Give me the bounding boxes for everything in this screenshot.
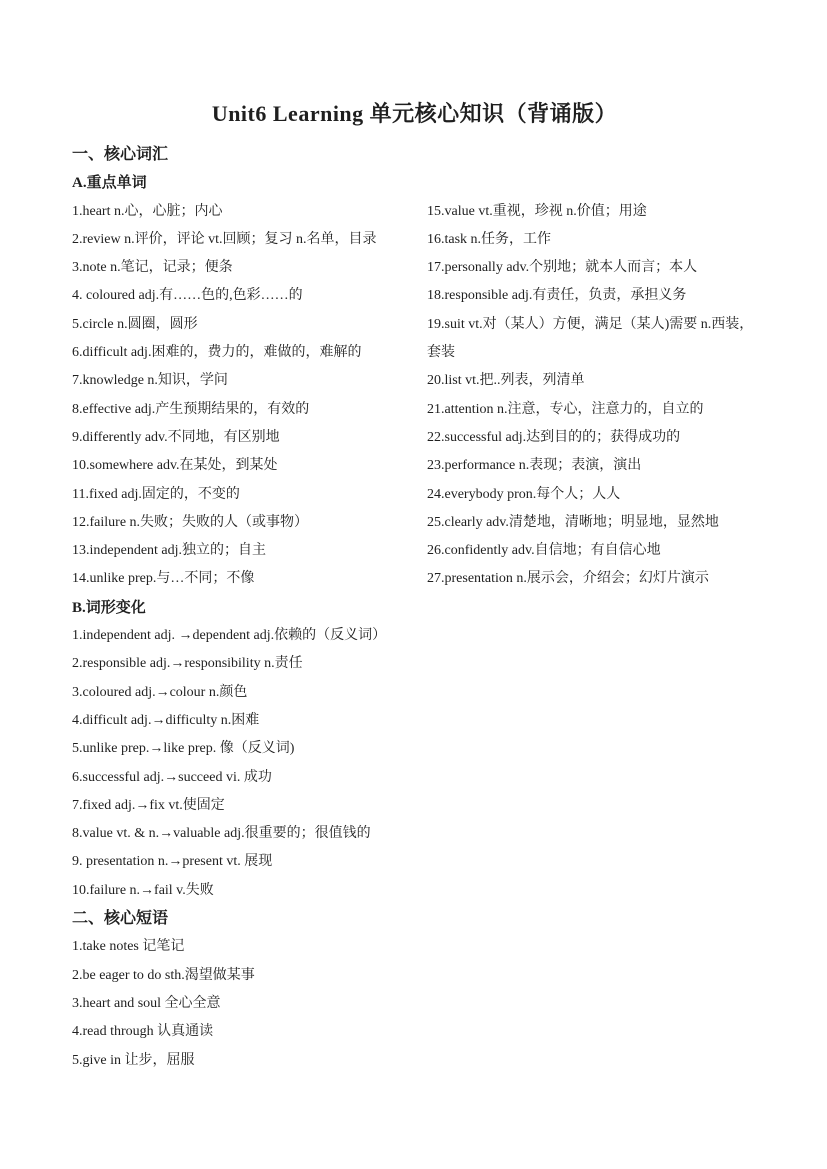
key-words-columns: 1.heart n.心，心脏；内心 2.review n.评价，评论 vt.回顾…: [72, 198, 757, 594]
section-heading-phrases: 二、核心短语: [72, 905, 757, 933]
vocab-item: 4. coloured adj.有……色的,色彩……的: [72, 282, 424, 310]
word-form-item: 4.difficult adj.→difficulty n.困难: [72, 707, 757, 735]
vocab-item: 12.failure n.失败；失败的人（或事物）: [72, 509, 424, 537]
word-form-item: 2.responsible adj.→responsibility n.责任: [72, 650, 757, 678]
section-heading-vocab: 一、核心词汇: [72, 141, 757, 169]
phrase-item: 1.take notes 记笔记: [72, 933, 757, 961]
word-form-item: 7.fixed adj.→fix vt.使固定: [72, 792, 757, 820]
phrase-item: 2.be eager to do sth.渴望做某事: [72, 962, 757, 990]
word-form-item: 3.coloured adj.→colour n.颜色: [72, 679, 757, 707]
word-form-item: 1.independent adj. →dependent adj.依赖的（反义…: [72, 622, 757, 650]
vocab-item: 11.fixed adj.固定的，不变的: [72, 481, 424, 509]
vocab-item: 7.knowledge n.知识，学问: [72, 367, 424, 395]
vocab-item: 10.somewhere adv.在某处，到某处: [72, 452, 424, 480]
word-form-item: 5.unlike prep.→like prep. 像（反义词): [72, 735, 757, 763]
vocab-item: 8.effective adj.产生预期结果的，有效的: [72, 396, 424, 424]
vocab-item: 22.successful adj.达到目的的；获得成功的: [427, 424, 761, 452]
word-form-item: 6.successful adj.→succeed vi. 成功: [72, 764, 757, 792]
vocab-item: 27.presentation n.展示会，介绍会；幻灯片演示: [427, 565, 761, 593]
vocab-item: 17.personally adv.个别地；就本人而言；本人: [427, 254, 761, 282]
heading-word-forms: B.词形变化: [72, 594, 757, 622]
word-form-item: 9. presentation n.→present vt. 展现: [72, 848, 757, 876]
vocab-item: 23.performance n.表现；表演，演出: [427, 452, 761, 480]
vocab-column-left: 1.heart n.心，心脏；内心 2.review n.评价，评论 vt.回顾…: [72, 198, 424, 594]
word-form-item: 8.value vt. & n.→valuable adj.很重要的；很值钱的: [72, 820, 757, 848]
phrase-item: 4.read through 认真通读: [72, 1018, 757, 1046]
vocab-item: 15.value vt.重视，珍视 n.价值；用途: [427, 198, 761, 226]
vocab-item: 26.confidently adv.自信地；有自信心地: [427, 537, 761, 565]
vocab-item: 25.clearly adv.清楚地，清晰地；明显地，显然地: [427, 509, 761, 537]
vocab-column-right: 15.value vt.重视，珍视 n.价值；用途 16.task n.任务，工…: [427, 198, 761, 594]
vocab-item: 6.difficult adj.困难的，费力的，难做的，难解的: [72, 339, 424, 367]
vocab-item: 13.independent adj.独立的；自主: [72, 537, 424, 565]
vocab-item: 3.note n.笔记，记录；便条: [72, 254, 424, 282]
vocab-item: 5.circle n.圆圈，圆形: [72, 311, 424, 339]
vocab-item: 16.task n.任务，工作: [427, 226, 761, 254]
vocab-item: 14.unlike prep.与…不同；不像: [72, 565, 424, 593]
vocab-item: 9.differently adv.不同地，有区别地: [72, 424, 424, 452]
phrases-list: 1.take notes 记笔记 2.be eager to do sth.渴望…: [72, 933, 757, 1074]
vocab-item: 19.suit vt.对（某人）方便，满足（某人)需要 n.西装，套装: [427, 311, 761, 368]
vocab-item: 18.responsible adj.有责任，负责，承担义务: [427, 282, 761, 310]
doc-title: Unit6 Learning 单元核心知识（背诵版）: [72, 100, 757, 127]
phrase-item: 5.give in 让步，屈服: [72, 1047, 757, 1075]
vocab-item: 21.attention n.注意，专心，注意力的，自立的: [427, 396, 761, 424]
vocab-item: 1.heart n.心，心脏；内心: [72, 198, 424, 226]
vocab-item: 2.review n.评价，评论 vt.回顾；复习 n.名单，目录: [72, 226, 424, 254]
vocab-item: 24.everybody pron.每个人；人人: [427, 481, 761, 509]
word-forms-list: 1.independent adj. →dependent adj.依赖的（反义…: [72, 622, 757, 905]
phrase-item: 3.heart and soul 全心全意: [72, 990, 757, 1018]
document-page: Unit6 Learning 单元核心知识（背诵版） 一、核心词汇 A.重点单词…: [0, 0, 827, 1169]
vocab-item: 20.list vt.把..列表，列清单: [427, 367, 761, 395]
word-form-item: 10.failure n.→fail v.失败: [72, 877, 757, 905]
heading-key-words: A.重点单词: [72, 169, 757, 197]
